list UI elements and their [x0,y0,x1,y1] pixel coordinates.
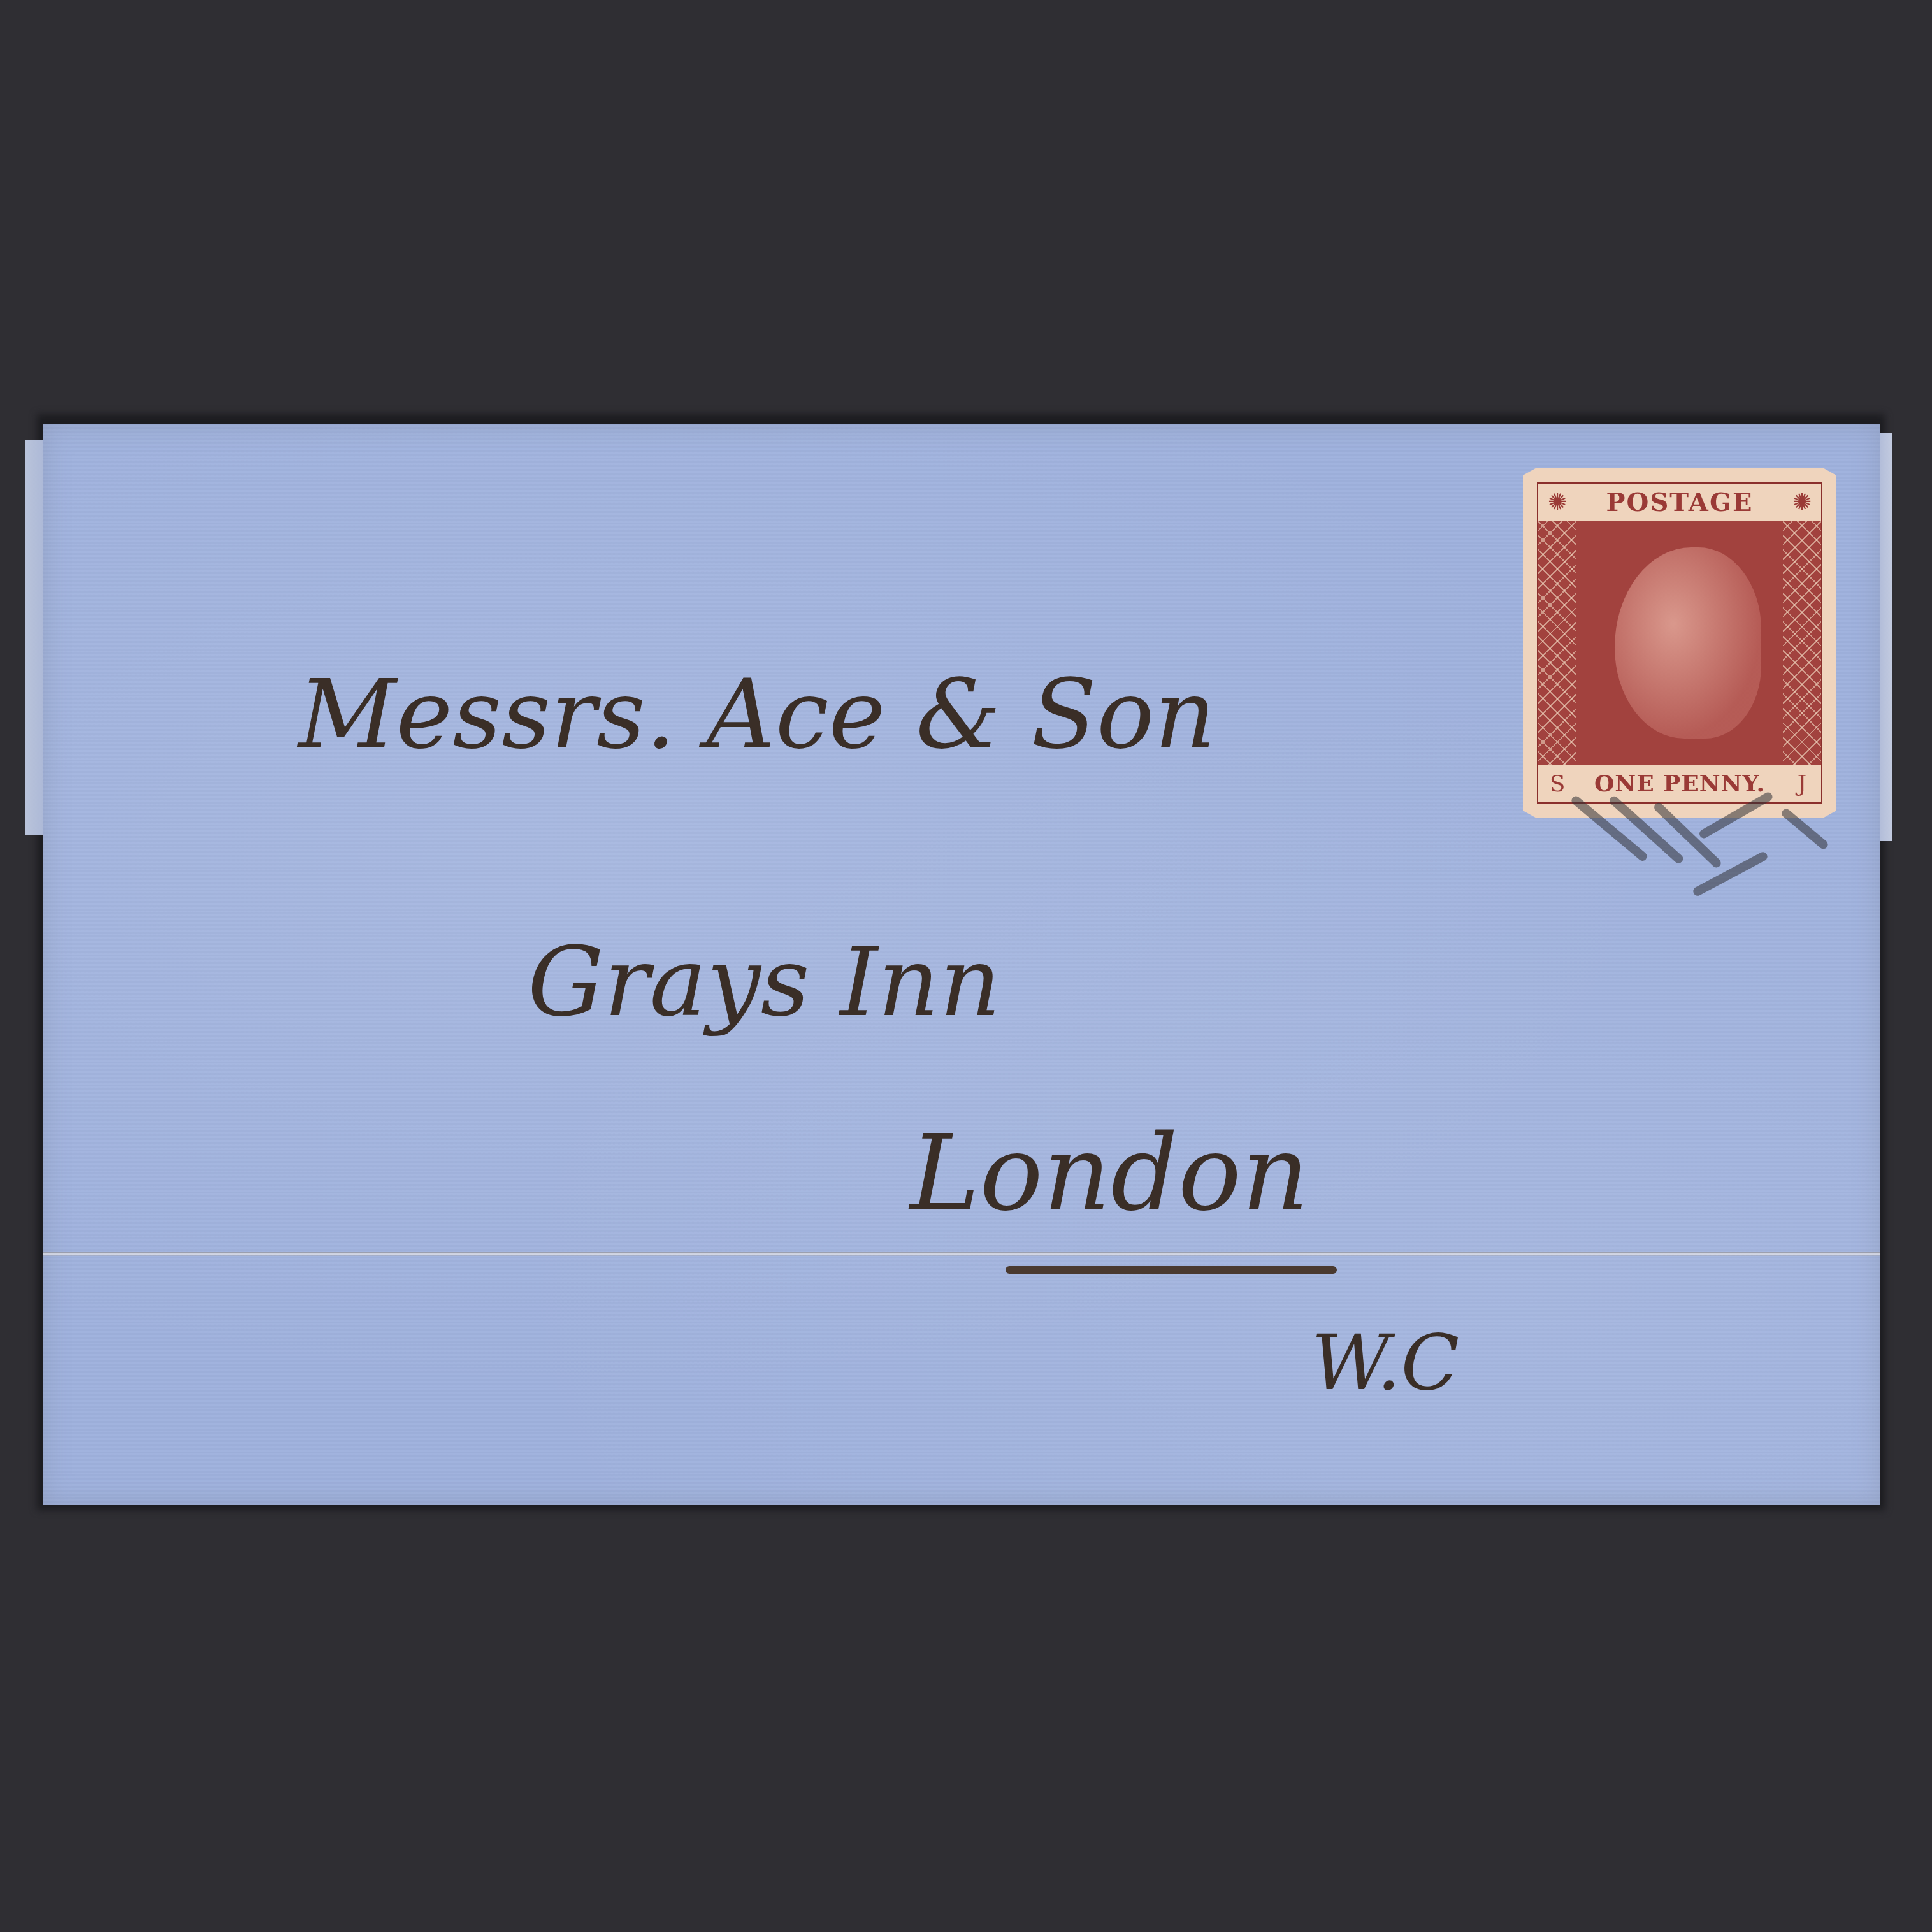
stamp-side-lattice [1783,521,1821,765]
penny-red-stamp: POSTAGE ✺ ✺ S ONE PENNY. J [1523,468,1836,818]
stamp-postage-label: POSTAGE [1606,487,1753,517]
city-underline [1006,1266,1337,1274]
duplex-cancel-postmark [1573,781,1853,921]
letter-cover: POSTAGE ✺ ✺ S ONE PENNY. J Messrs. Ace &… [43,424,1880,1505]
stamp-corner-letter-left: S [1538,765,1576,802]
fold-line [43,1252,1880,1256]
stamp-frame: POSTAGE ✺ ✺ S ONE PENNY. J [1537,482,1822,804]
queen-portrait [1615,547,1761,739]
star-ornament-icon: ✺ [1783,484,1821,521]
address-line-district: W.C [1311,1319,1459,1408]
address-line-addressee: Messrs. Ace & Son [298,660,1216,770]
star-ornament-icon: ✺ [1538,484,1576,521]
stamp-top-panel: POSTAGE [1538,484,1821,521]
address-line-city: London [910,1112,1309,1234]
address-line-street: Grays Inn [528,927,1001,1038]
stamp-side-lattice [1538,521,1576,765]
